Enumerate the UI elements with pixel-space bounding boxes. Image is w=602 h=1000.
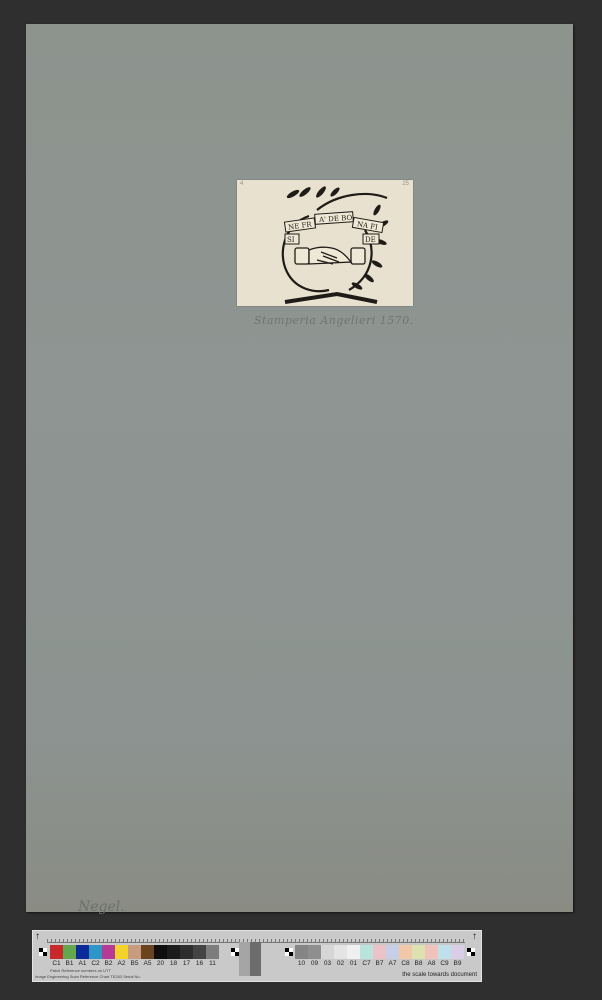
patch-label: A7	[386, 960, 399, 967]
patch-label: 17	[180, 960, 193, 967]
printers-device-print: 4 25	[237, 180, 413, 306]
patch-label: C1	[50, 960, 63, 967]
color-patch	[63, 945, 76, 959]
color-patch	[386, 945, 399, 959]
patch-label: B9	[451, 960, 464, 967]
patch-label: 16	[193, 960, 206, 967]
arrow-up-icon-right: ↑	[472, 931, 477, 942]
svg-text:SI: SI	[287, 236, 295, 244]
color-patch	[206, 945, 219, 959]
patch-label: C7	[360, 960, 373, 967]
color-patch	[451, 945, 464, 959]
patch-label: 10	[295, 960, 308, 967]
color-patch	[347, 945, 360, 959]
chart-footer-right: the scale towards document	[402, 972, 477, 978]
color-patch	[193, 945, 206, 959]
checker-right-icon	[467, 948, 475, 956]
handwritten-signature: Negel.	[78, 899, 125, 915]
patch-labels-right: 1009030201C7B7A7C8B8A8C9B9	[295, 960, 464, 967]
patch-label: 11	[206, 960, 219, 967]
checker-left-icon	[39, 948, 47, 956]
color-patch	[154, 945, 167, 959]
color-patch	[76, 945, 89, 959]
color-patch	[308, 945, 321, 959]
color-patch	[115, 945, 128, 959]
color-patch	[438, 945, 451, 959]
patch-label: 09	[308, 960, 321, 967]
color-patch	[425, 945, 438, 959]
color-patch	[334, 945, 347, 959]
color-patch	[141, 945, 154, 959]
patch-label: A2	[115, 960, 128, 967]
color-patch	[321, 945, 334, 959]
color-patch	[102, 945, 115, 959]
patch-label: 03	[321, 960, 334, 967]
patch-label: 01	[347, 960, 360, 967]
color-patch	[128, 945, 141, 959]
checker-mid2-icon	[285, 948, 293, 956]
color-patches-left	[50, 945, 219, 959]
patch-label: A1	[76, 960, 89, 967]
patch-labels-left: C1B1A1C2B2A2B5A52018171611	[50, 960, 219, 967]
chart-caption: Patch Reference numbers on UTT	[50, 968, 111, 973]
color-patch	[373, 945, 386, 959]
color-patch	[295, 945, 308, 959]
patch-label: 18	[167, 960, 180, 967]
chart-footer-left: Image Engineering Scan Reference Chart T…	[35, 974, 141, 979]
patch-label: B2	[102, 960, 115, 967]
patch-label: B8	[412, 960, 425, 967]
color-patch	[180, 945, 193, 959]
patch-label: A5	[141, 960, 154, 967]
color-patch	[412, 945, 425, 959]
mount-sheet: 4 25	[26, 24, 573, 912]
patch-label: C2	[89, 960, 102, 967]
patch-label: 02	[334, 960, 347, 967]
color-patch	[360, 945, 373, 959]
patch-label: C9	[438, 960, 451, 967]
patch-label: B7	[373, 960, 386, 967]
svg-text:DE: DE	[365, 236, 376, 244]
patch-label: B1	[63, 960, 76, 967]
color-patches-right	[295, 945, 464, 959]
gray-wedge	[239, 942, 261, 976]
arrow-up-icon-left: ↑	[35, 931, 40, 942]
patch-label: C8	[399, 960, 412, 967]
color-patch	[167, 945, 180, 959]
color-patch	[50, 945, 63, 959]
patch-label: 20	[154, 960, 167, 967]
patch-label: A8	[425, 960, 438, 967]
color-patch	[399, 945, 412, 959]
color-reference-chart: ↑ ↑ C1B1A1C2B2A2B5A52018171611 100903020…	[32, 930, 482, 982]
clasped-hands-wreath-icon: NE FR A' DE BO NA FI SI DE	[237, 180, 413, 306]
patch-label: B5	[128, 960, 141, 967]
color-patch	[89, 945, 102, 959]
checker-mid-icon	[231, 948, 239, 956]
handwritten-inscription: Stamperia Angelieri 1570.	[254, 314, 414, 327]
